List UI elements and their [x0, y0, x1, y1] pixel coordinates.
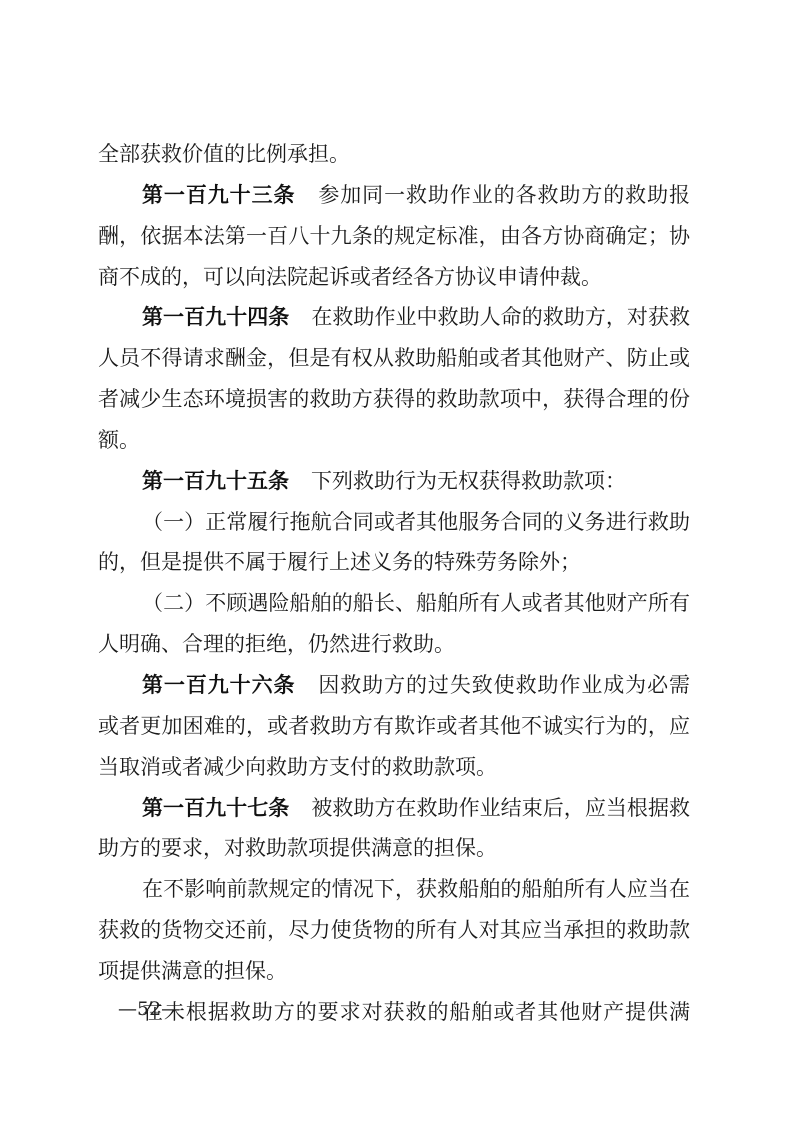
article-number: 第一百九十四条 — [142, 305, 289, 329]
text-line: 全部获救价值的比例承担。 — [98, 134, 690, 175]
document-body: 全部获救价值的比例承担。 第一百九十三条参加同一救助作业的各救助方的救助报 酬，… — [98, 134, 690, 1033]
text-line: 助方的要求，对救助款项提供满意的担保。 — [98, 828, 690, 869]
page-number: —52— — [118, 998, 180, 1020]
text-line: 项提供满意的担保。 — [98, 951, 690, 992]
article-194-heading-line: 第一百九十四条在救助作业中救助人命的救助方，对获救 — [98, 297, 690, 338]
line-text: 参加同一救助作业的各救助方的救助报 — [317, 183, 690, 207]
article-number: 第一百九十六条 — [142, 673, 295, 697]
paragraph-line: 在不影响前款规定的情况下，获救船舶的船舶所有人应当在 — [98, 869, 690, 910]
paragraph-line: 在未根据救助方的要求对获救的船舶或者其他财产提供满 — [98, 992, 690, 1033]
text-line: 当取消或者减少向救助方支付的救助款项。 — [98, 747, 690, 788]
line-text: 获救的货物交还前，尽力使货物的所有人对其应当承担的救助款 — [98, 918, 690, 942]
line-text: 者减少生态环境损害的救助方获得的救助款项中，获得合理的份 — [98, 387, 690, 411]
text-line: 人明确、合理的拒绝，仍然进行救助。 — [98, 624, 690, 665]
text-line: 或者更加困难的，或者救助方有欺诈或者其他不诚实行为的，应 — [98, 706, 690, 747]
text-line: 商不成的，可以向法院起诉或者经各方协议申请仲裁。 — [98, 257, 690, 298]
article-number: 第一百九十七条 — [142, 796, 289, 820]
text-line: 酬，依据本法第一百八十九条的规定标准，由各方协商确定；协 — [98, 216, 690, 257]
article-195-heading-line: 第一百九十五条下列救助行为无权获得救助款项： — [98, 461, 690, 502]
line-text: 助方的要求，对救助款项提供满意的担保。 — [98, 836, 497, 860]
article-193-heading-line: 第一百九十三条参加同一救助作业的各救助方的救助报 — [98, 175, 690, 216]
line-text: 商不成的，可以向法院起诉或者经各方协议申请仲裁。 — [98, 265, 602, 289]
line-text: 酬，依据本法第一百八十九条的规定标准，由各方协商确定；协 — [98, 224, 690, 248]
line-text: 人员不得请求酬金，但是有权从救助船舶或者其他财产、防止或 — [98, 346, 690, 370]
document-page: 全部获救价值的比例承担。 第一百九十三条参加同一救助作业的各救助方的救助报 酬，… — [0, 0, 793, 1122]
line-text: 下列救助行为无权获得救助款项： — [311, 469, 626, 493]
line-text: 或者更加困难的，或者救助方有欺诈或者其他不诚实行为的，应 — [98, 714, 690, 738]
text-line: 获救的货物交还前，尽力使货物的所有人对其应当承担的救助款 — [98, 910, 690, 951]
line-text: 项提供满意的担保。 — [98, 959, 287, 983]
line-text: 当取消或者减少向救助方支付的救助款项。 — [98, 755, 497, 779]
article-number: 第一百九十五条 — [142, 469, 289, 493]
article-197-heading-line: 第一百九十七条被救助方在救助作业结束后，应当根据救 — [98, 788, 690, 829]
list-item-2-line: （二）不顾遇险船舶的船长、船舶所有人或者其他财产所有 — [98, 583, 690, 624]
article-196-heading-line: 第一百九十六条因救助方的过失致使救助作业成为必需 — [98, 665, 690, 706]
text-line: 者减少生态环境损害的救助方获得的救助款项中，获得合理的份 — [98, 379, 690, 420]
line-text: （一）正常履行拖航合同或者其他服务合同的义务进行救助 — [142, 510, 690, 534]
line-text: 被救助方在救助作业结束后，应当根据救 — [311, 796, 690, 820]
line-text: 在未根据救助方的要求对获救的船舶或者其他财产提供满 — [142, 1000, 690, 1024]
text-line: 人员不得请求酬金，但是有权从救助船舶或者其他财产、防止或 — [98, 338, 690, 379]
line-text: 人明确、合理的拒绝，仍然进行救助。 — [98, 632, 455, 656]
line-text: （二）不顾遇险船舶的船长、船舶所有人或者其他财产所有 — [142, 591, 690, 615]
line-text: 因救助方的过失致使救助作业成为必需 — [317, 673, 690, 697]
line-text: 在不影响前款规定的情况下，获救船舶的船舶所有人应当在 — [142, 877, 690, 901]
text-line: 的，但是提供不属于履行上述义务的特殊劳务除外； — [98, 542, 690, 583]
text-line: 额。 — [98, 420, 690, 461]
line-text: 在救助作业中救助人命的救助方，对获救 — [311, 305, 690, 329]
line-text: 全部获救价值的比例承担。 — [98, 142, 350, 166]
line-text: 额。 — [98, 428, 140, 452]
article-number: 第一百九十三条 — [142, 183, 295, 207]
list-item-1-line: （一）正常履行拖航合同或者其他服务合同的义务进行救助 — [98, 502, 690, 543]
line-text: 的，但是提供不属于履行上述义务的特殊劳务除外； — [98, 550, 581, 574]
